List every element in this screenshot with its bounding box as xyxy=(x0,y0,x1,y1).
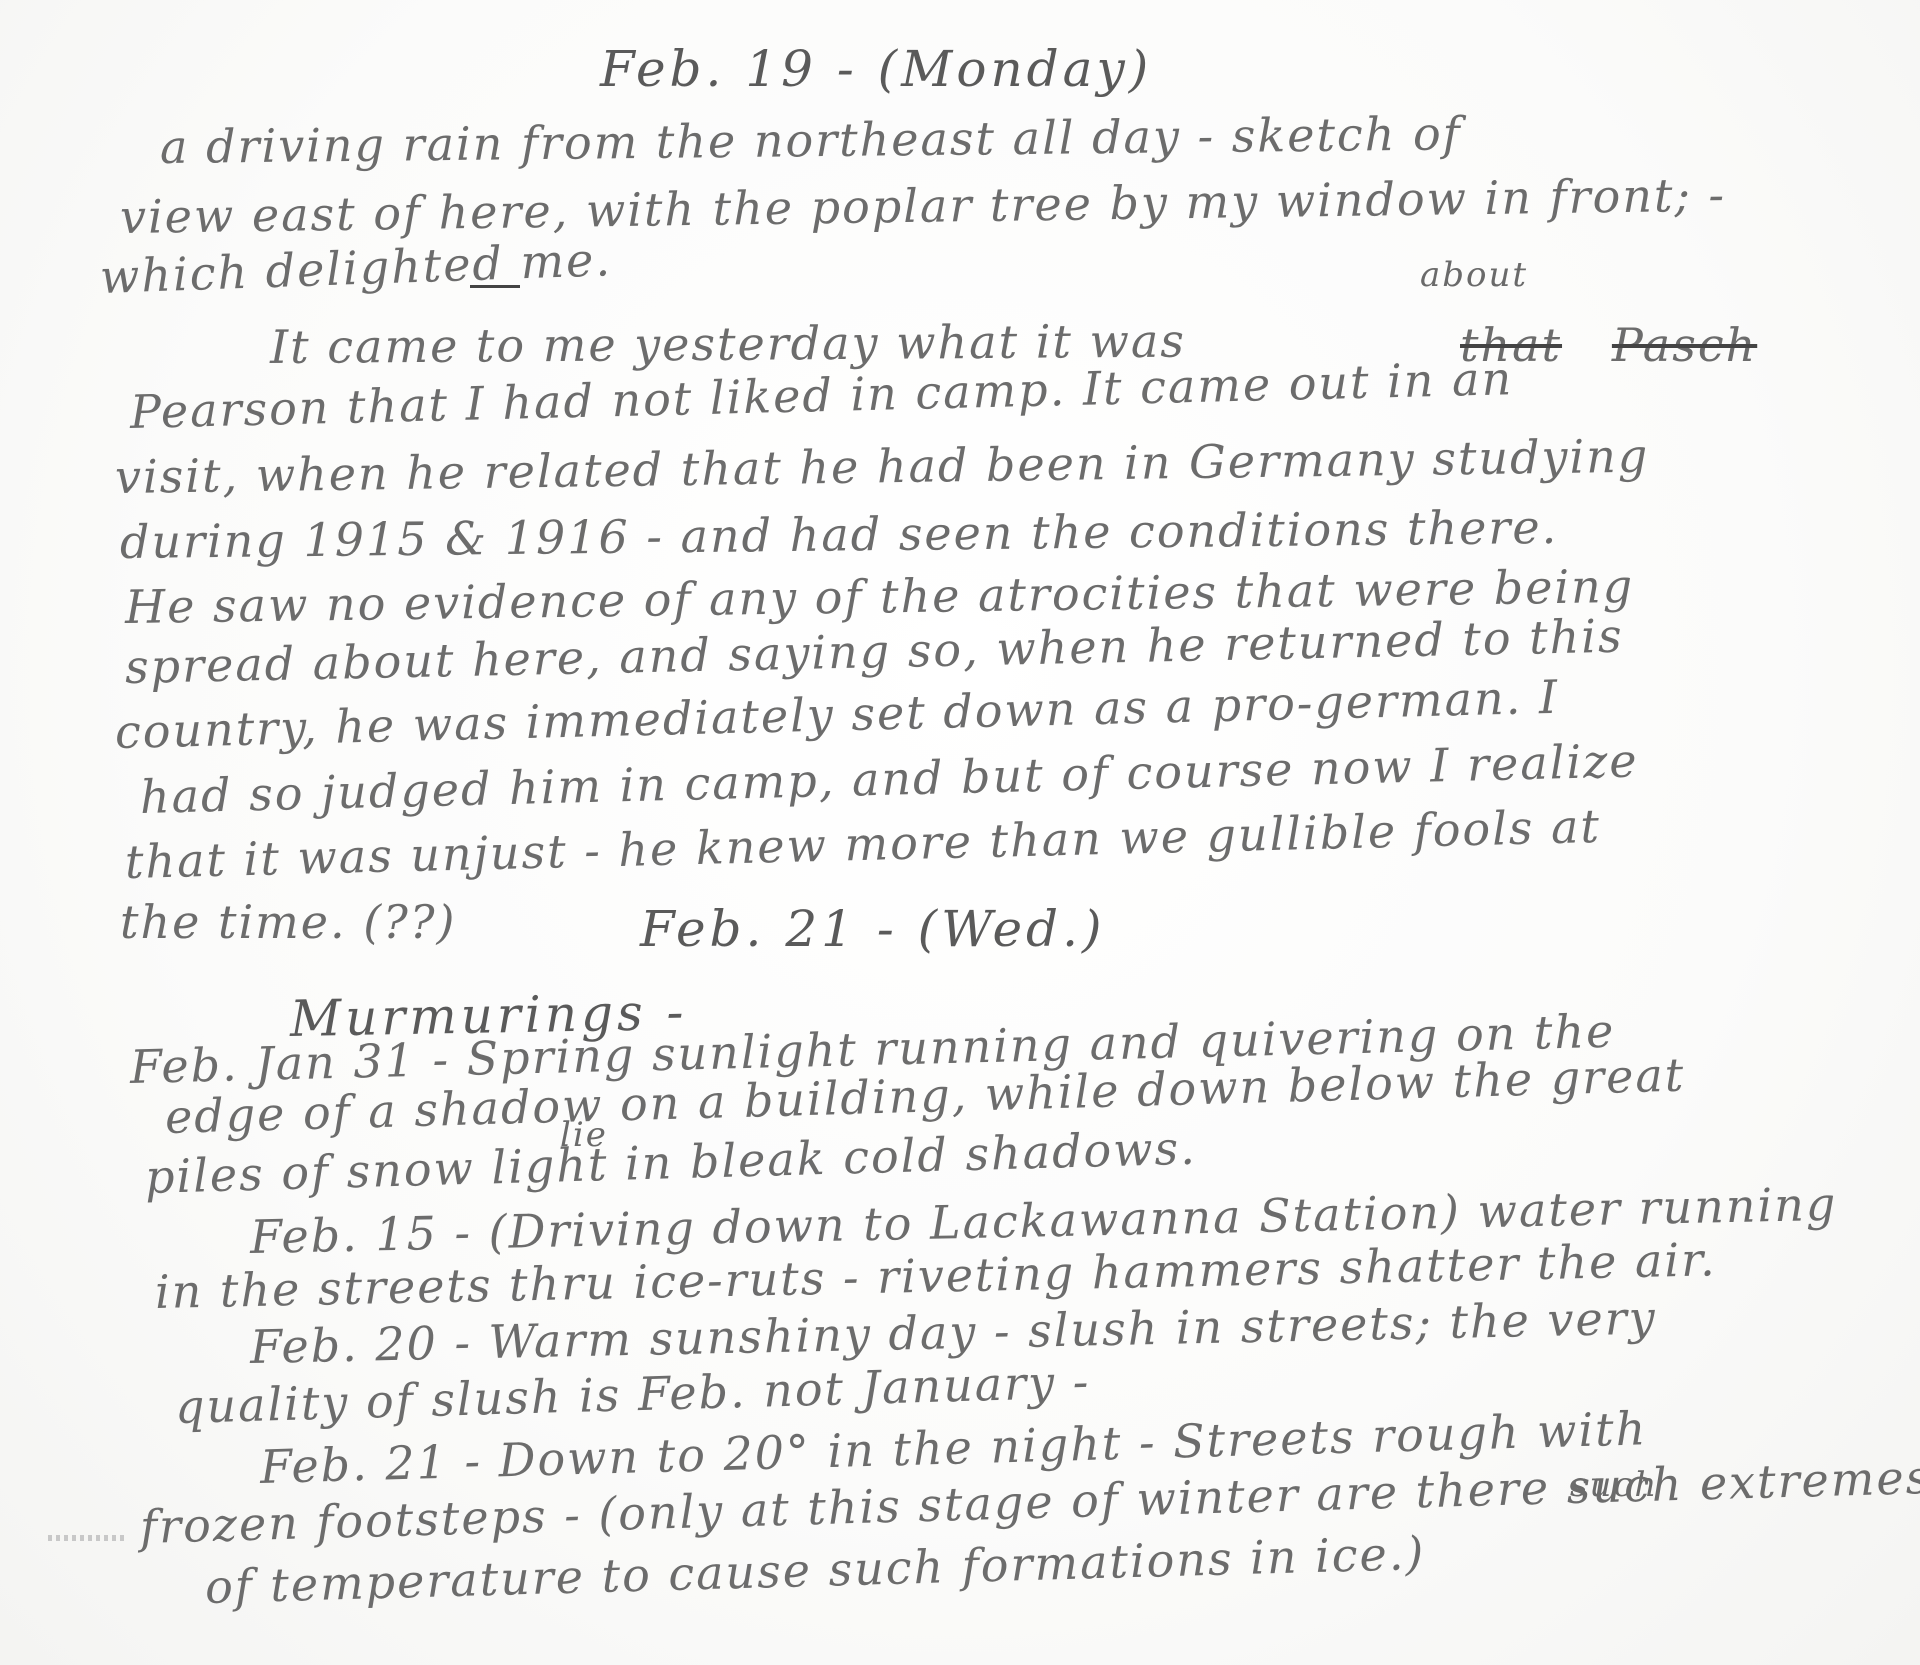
entry-line: a driving rain from the northeast all da… xyxy=(160,106,1462,174)
entry-heading-feb-21: Feb. 21 - (Wed.) xyxy=(640,900,1105,958)
entry-line: the time. (??) xyxy=(120,895,456,949)
struck-word: Pasch xyxy=(1612,318,1757,372)
entry-line: view east of here, with the poplar tree … xyxy=(120,168,1727,244)
entry-line: visit, when he related that he had been … xyxy=(115,429,1650,504)
diary-page: Feb. 19 - (Monday) a driving rain from t… xyxy=(0,0,1920,1665)
inserted-word-about: about xyxy=(1420,255,1528,295)
pencil-smudge xyxy=(48,1535,128,1541)
entry-heading-feb-19: Feb. 19 - (Monday) xyxy=(600,40,1152,98)
separator-dash xyxy=(470,285,520,288)
entry-line: during 1915 & 1916 - and had seen the co… xyxy=(120,500,1559,569)
